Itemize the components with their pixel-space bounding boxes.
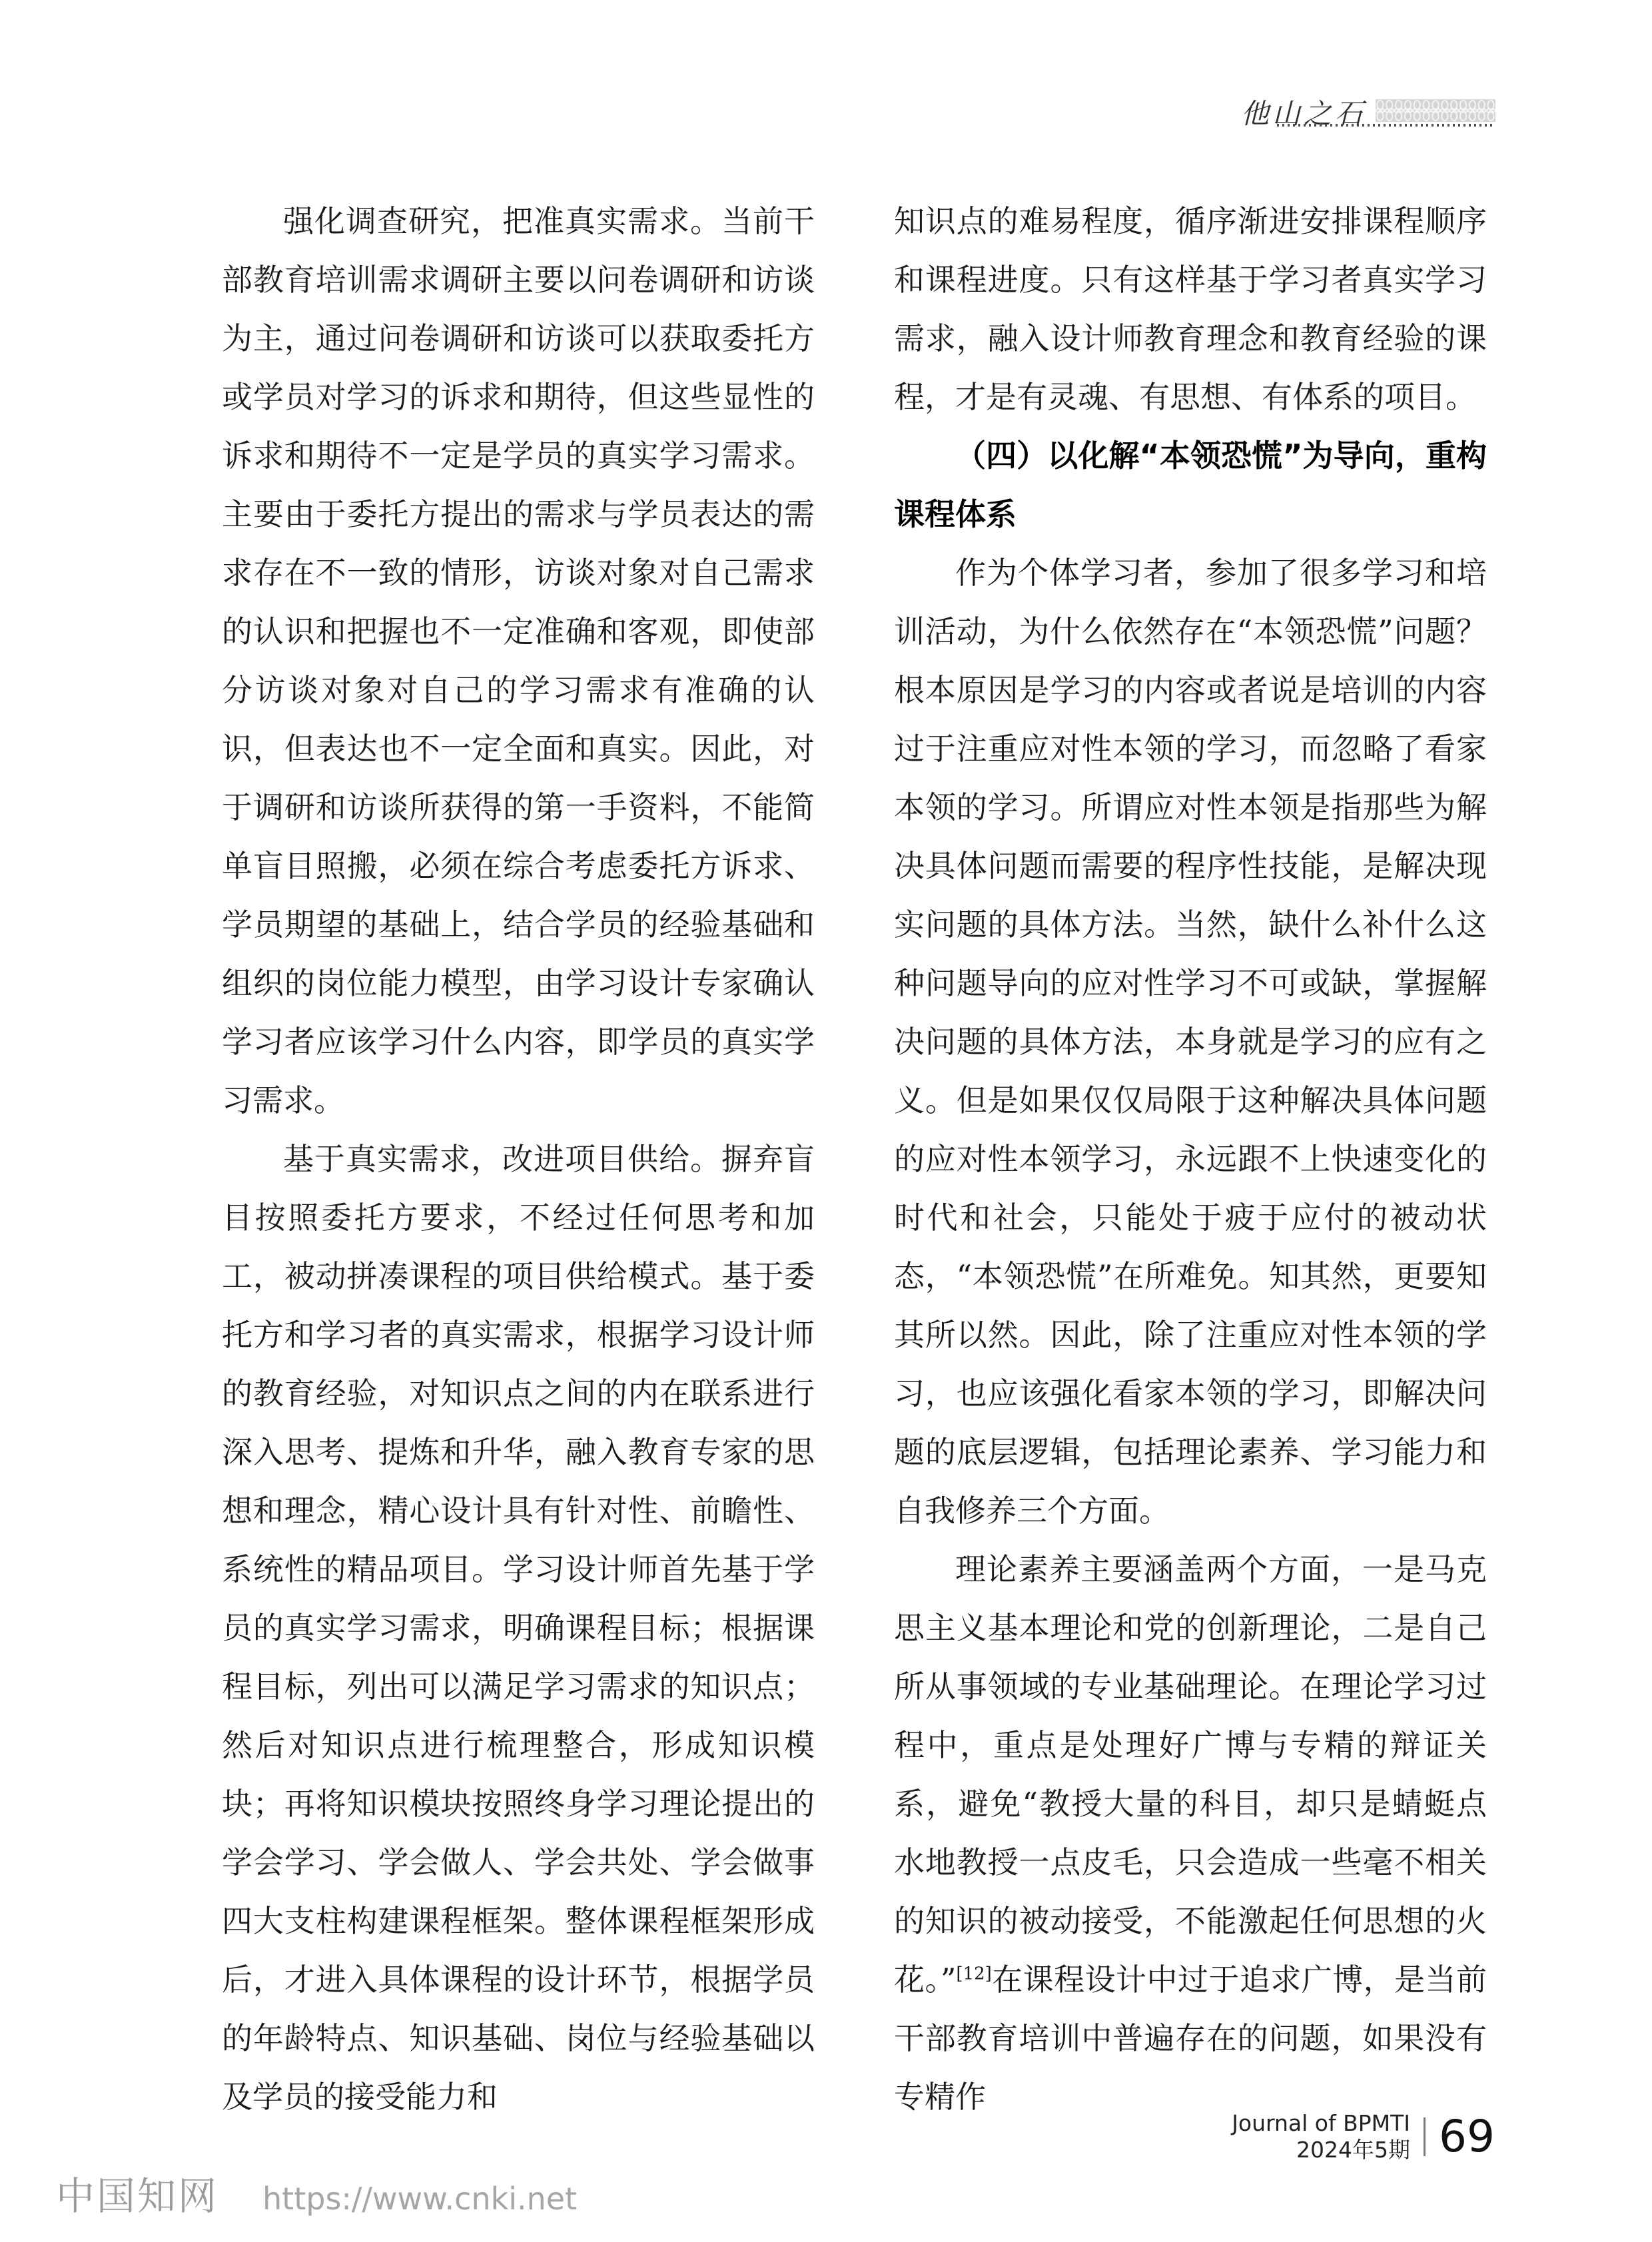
subsection-heading: （四）以化解“本领恐慌”为导向，重构课程体系	[894, 426, 1487, 544]
paragraph-text: 理论素养主要涵盖两个方面，一是马克思主义基本理论和党的创新理论，二是自己所从事领…	[894, 1551, 1487, 1998]
journal-info: Journal of BPMTI 2024年5期	[1232, 2110, 1410, 2163]
journal-name: Journal of BPMTI	[1232, 2110, 1410, 2137]
journal-issue: 2024年5期	[1232, 2137, 1410, 2163]
paragraph-continuation: 知识点的难易程度，循序渐进安排课程顺序和课程进度。只有这样基于学习者真实学习需求…	[894, 192, 1487, 426]
paragraph: 作为个体学习者，参加了很多学习和培训活动，为什么依然存在“本领恐慌”问题？根本原…	[894, 544, 1487, 1540]
ornament-band	[1376, 99, 1495, 125]
right-column: 知识点的难易程度，循序渐进安排课程顺序和课程进度。只有这样基于学习者真实学习需求…	[894, 192, 1487, 2126]
journal-page: 他山之石 强化调查研究	[0, 0, 1652, 2242]
footnote-reference: [12]	[956, 1964, 991, 1984]
footer-divider	[1424, 2117, 1426, 2156]
page-number: 69	[1439, 2115, 1495, 2159]
paragraph-text: 在课程设计中过于追求广博，是当前干部教育培训中普遍存在的问题，如果没有专精作	[894, 1962, 1487, 2115]
header-dotted-rule	[1277, 124, 1495, 127]
paragraph: 强化调查研究，把准真实需求。当前干部教育培训需求调研主要以问卷调研和访谈为主，通…	[222, 192, 815, 1130]
paragraph: 理论素养主要涵盖两个方面，一是马克思主义基本理论和党的创新理论，二是自己所从事领…	[894, 1540, 1487, 2126]
cnki-watermark: 中国知网 https://www.cnki.net	[56, 2165, 577, 2221]
cnki-logo-text: 中国知网	[56, 2165, 218, 2221]
page-footer: Journal of BPMTI 2024年5期 69	[1232, 2110, 1495, 2163]
left-column: 强化调查研究，把准真实需求。当前干部教育培训需求调研主要以问卷调研和访谈为主，通…	[222, 192, 815, 2126]
cnki-url: https://www.cnki.net	[262, 2181, 577, 2217]
paragraph: 基于真实需求，改进项目供给。摒弃盲目按照委托方要求，不经过任何思考和加工，被动拼…	[222, 1130, 815, 2126]
